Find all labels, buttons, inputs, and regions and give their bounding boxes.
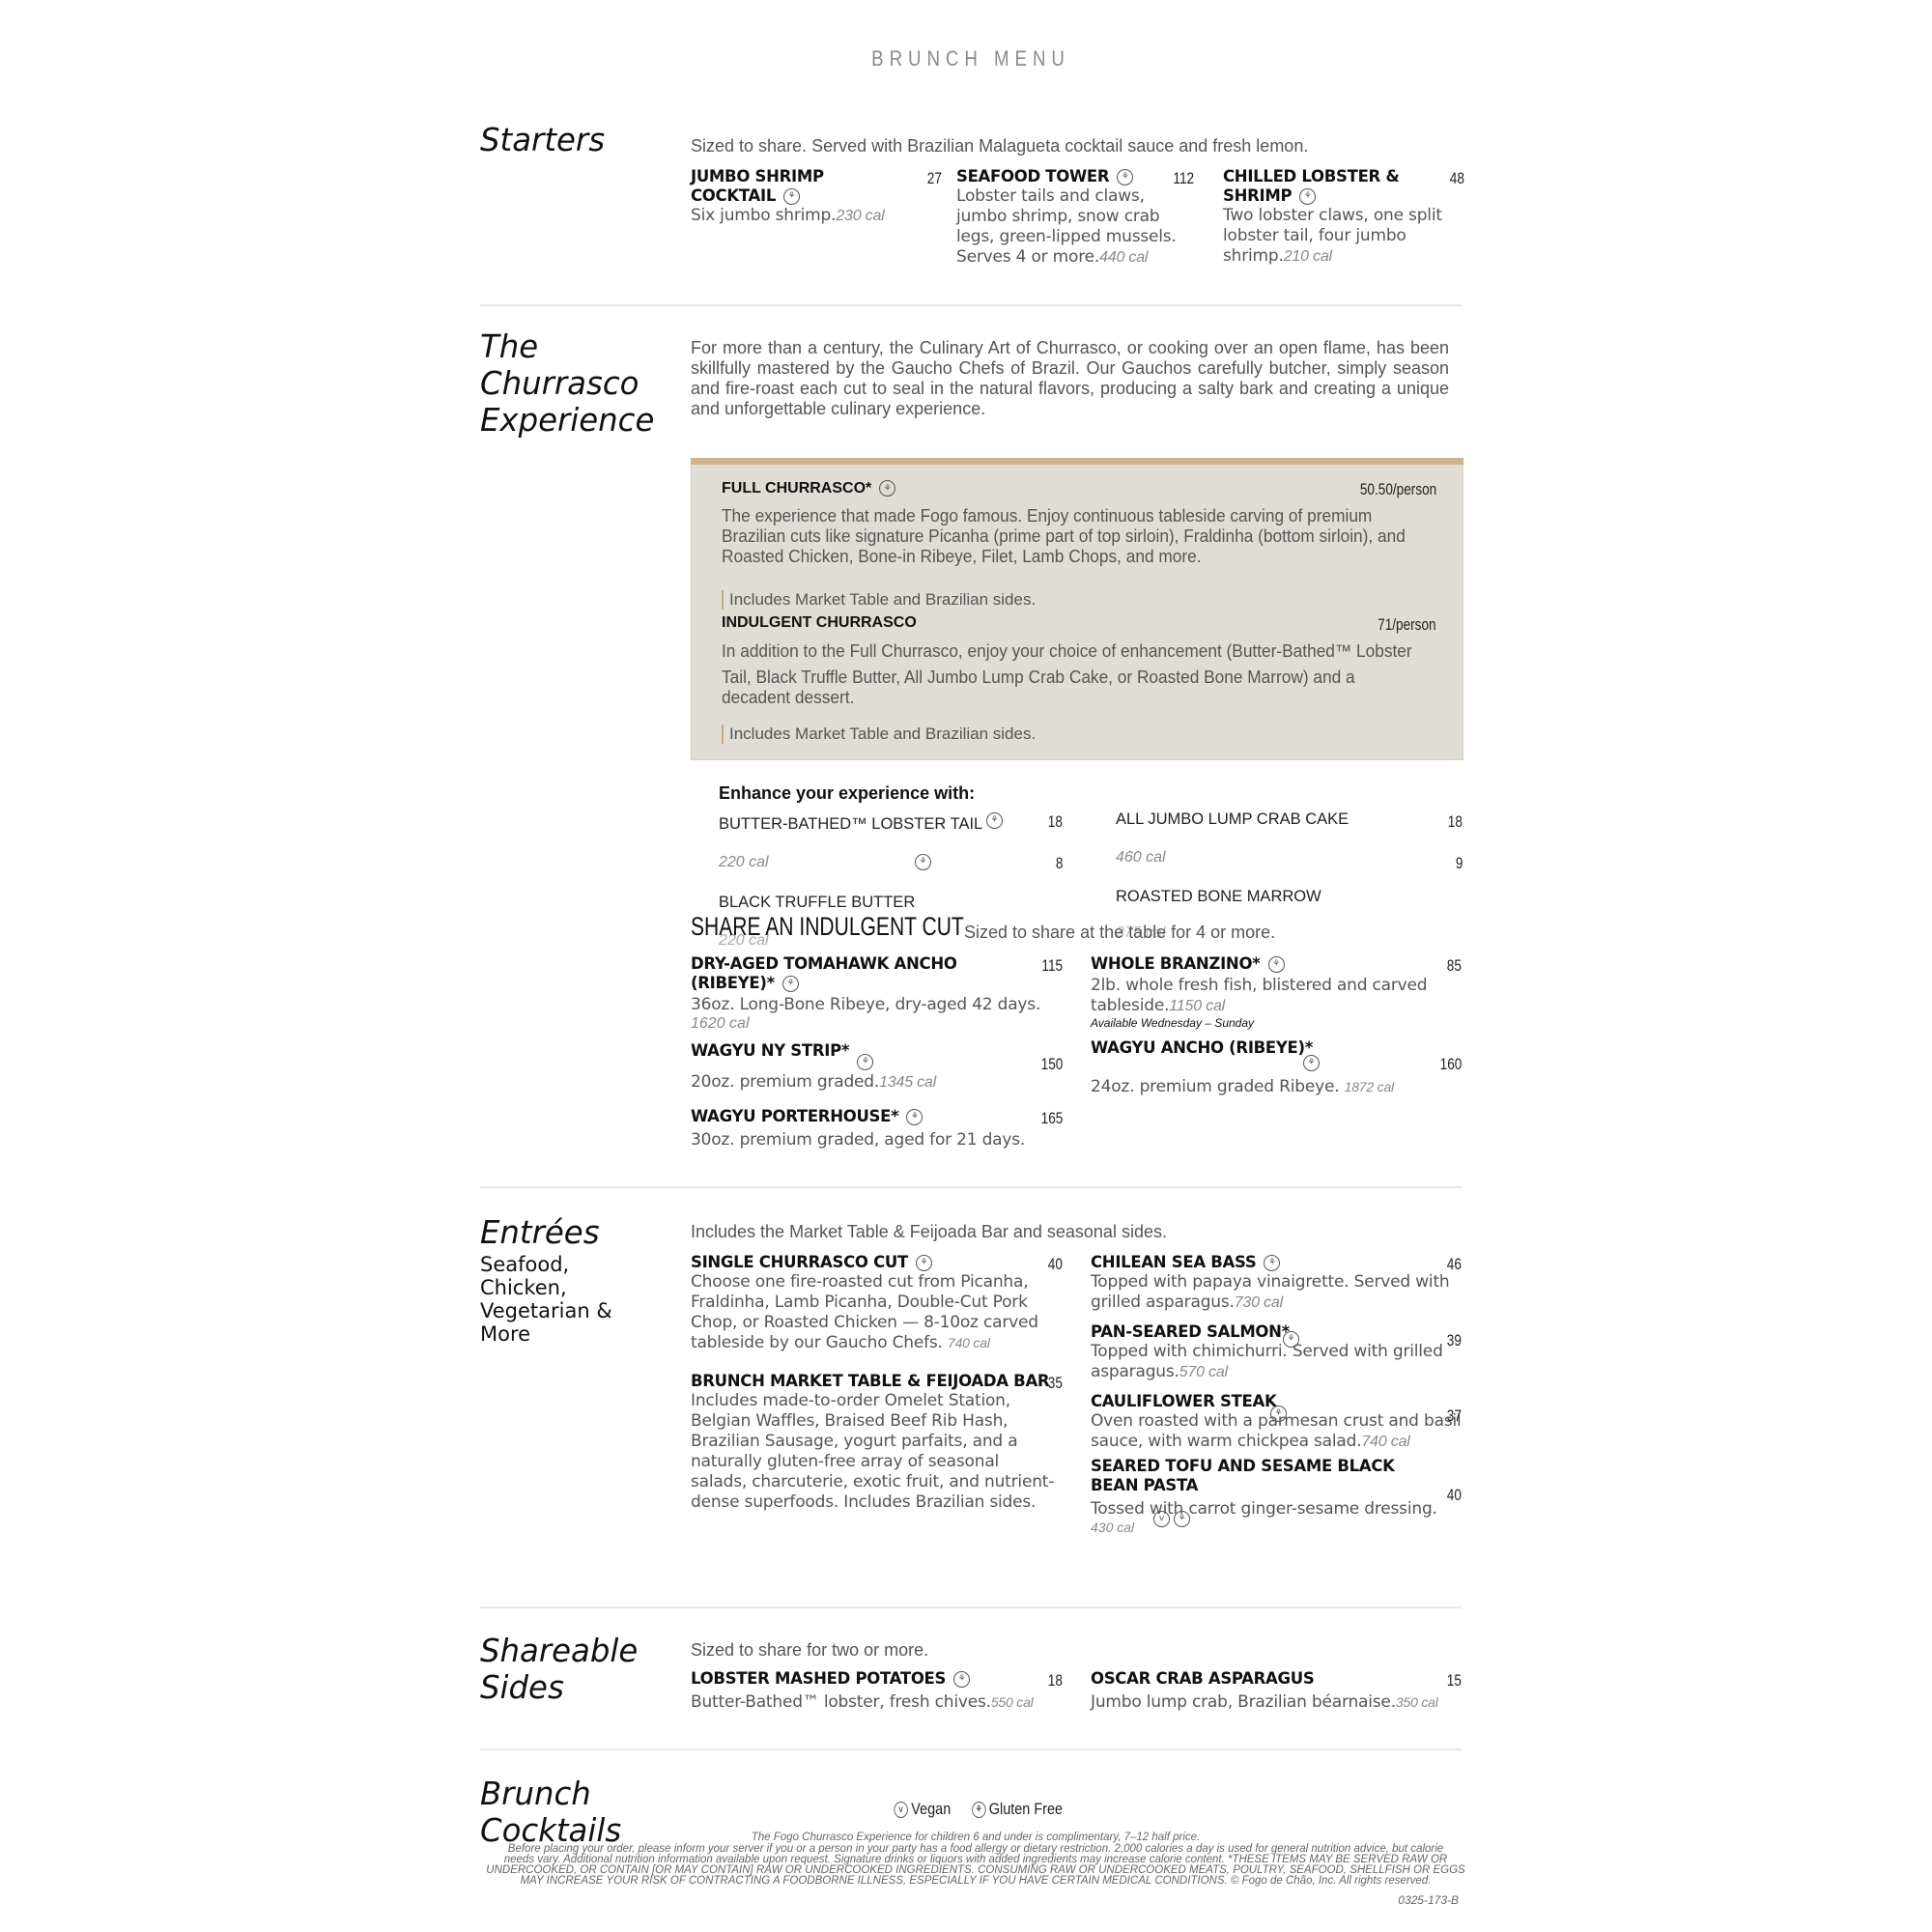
menu-item-pan-seared-salmon: PAN-SEARED SALMON* ⚘ Topped with chimich…	[1091, 1322, 1462, 1382]
menu-item-seared-tofu: SEARED TOFU AND SESAME BLACK BEAN PASTA …	[1091, 1457, 1462, 1535]
footer-children-note: The Fogo Churrasco Experience for childr…	[473, 1833, 1478, 1844]
indulgent-desc-rest: Tail, Black Truffle Butter, All Jumbo Lu…	[722, 668, 1404, 708]
item-price: 150	[1040, 1055, 1063, 1074]
menu-item-seafood-tower: SEAFOOD TOWER⚘ Lobster tails and claws, …	[956, 167, 1193, 268]
footer-disclaimer-4: MAY INCREASE YOUR RISK OF CONTRACTING A …	[473, 1876, 1478, 1888]
indulgent-churrasco-price: 71/person	[1378, 615, 1437, 635]
menu-item-oscar-crab-asparagus: OSCAR CRAB ASPARAGUS Jumbo lump crab, Br…	[1091, 1669, 1462, 1713]
vegan-icon: v	[1153, 1511, 1170, 1527]
share-heading: SHARE AN INDULGENT CUT	[691, 912, 964, 942]
gluten-free-icon: ⚘	[1117, 169, 1133, 185]
item-price: 160	[1439, 1055, 1462, 1074]
item-calories: 210 cal	[1284, 248, 1332, 265]
legend-gluten-free: Gluten Free	[989, 1800, 1063, 1818]
item-price: 27	[927, 169, 942, 188]
menu-item-wagyu-porterhouse: WAGYU PORTERHOUSE*⚘ 30oz. premium graded…	[691, 1107, 1063, 1151]
sides-intro: Sized to share for two or more.	[691, 1640, 928, 1661]
gluten-free-icon: ⚘	[915, 854, 931, 870]
enhance-item-price: 18	[1048, 812, 1063, 832]
menu-item-single-churrasco-cut: SINGLE CHURRASCO CUT⚘ Choose one fire-ro…	[691, 1253, 1063, 1353]
item-calories: 440 cal	[1099, 249, 1148, 266]
item-calories: 1150 cal	[1169, 998, 1225, 1014]
item-price: 46	[1447, 1255, 1462, 1274]
enhance-item-name: ROASTED BONE MARROW	[1116, 888, 1321, 906]
gluten-free-icon: ⚘	[953, 1671, 970, 1688]
item-price: 48	[1450, 169, 1464, 188]
entrees-intro: Includes the Market Table & Feijoada Bar…	[691, 1222, 1167, 1242]
item-name: JUMBO SHRIMP COCKTAIL	[691, 167, 824, 205]
gluten-free-icon: ⚘	[1283, 1331, 1299, 1348]
item-calories: 350 cal	[1396, 1694, 1438, 1710]
enhance-heading: Enhance your experience with:	[719, 783, 975, 804]
item-desc: Two lobster claws, one split lobster tai…	[1223, 206, 1442, 266]
gluten-free-icon: ⚘	[906, 1109, 923, 1125]
gluten-free-icon: ⚘	[783, 188, 800, 205]
item-calories: 1620 cal	[691, 1015, 1063, 1033]
item-price: 15	[1447, 1671, 1462, 1690]
item-price: 165	[1040, 1109, 1063, 1128]
full-churrasco-includes: Includes Market Table and Brazilian side…	[722, 590, 1036, 610]
gluten-free-icon: ⚘	[1303, 1055, 1320, 1071]
menu-item-whole-branzino: WHOLE BRANZINO*⚘ 2lb. whole fresh fish, …	[1091, 954, 1462, 1030]
section-divider	[480, 1186, 1462, 1188]
starters-intro: Sized to share. Served with Brazilian Ma…	[691, 136, 1308, 156]
gluten-free-icon: ⚘	[986, 812, 1003, 829]
item-desc: Six jumbo shrimp.	[691, 206, 836, 225]
gluten-free-icon: ⚘	[1174, 1511, 1190, 1527]
gluten-free-icon: ⚘	[782, 976, 799, 992]
enhance-item-price: 8	[1055, 854, 1063, 873]
full-churrasco-name: FULL CHURRASCO*⚘	[722, 480, 895, 497]
gluten-free-icon: ⚘	[1299, 188, 1316, 205]
menu-item-cauliflower-steak: CAULIFLOWER STEAK ⚘ Oven roasted with a …	[1091, 1392, 1462, 1452]
item-calories: 730 cal	[1235, 1294, 1283, 1311]
enhance-item-name: ALL JUMBO LUMP CRAB CAKE	[1116, 810, 1349, 829]
enhance-item-price: 18	[1448, 812, 1463, 832]
menu-item-brunch-market-table: BRUNCH MARKET TABLE & FEIJOADA BAR Inclu…	[691, 1372, 1063, 1513]
entrees-subheading: Seafood, Chicken, Vegetarian & More	[480, 1253, 612, 1346]
accent-bar	[691, 458, 1463, 465]
section-heading-sides: Shareable Sides	[480, 1633, 638, 1706]
full-churrasco-price: 50.50/person	[1360, 480, 1436, 499]
enhance-item-name: BUTTER-BATHED™ LOBSTER TAIL	[719, 815, 982, 834]
section-heading-churrasco: The Churrasco Experience	[480, 328, 654, 439]
section-divider	[480, 304, 1462, 306]
churrasco-intro: For more than a century, the Culinary Ar…	[691, 338, 1449, 419]
item-price: 40	[1447, 1486, 1462, 1505]
gluten-free-icon: ⚘	[1264, 1255, 1280, 1271]
gluten-free-icon: ⚘	[916, 1255, 932, 1271]
full-churrasco-desc: The experience that made Fogo famous. En…	[722, 506, 1427, 567]
document-code: 0325-173-B	[1362, 1893, 1459, 1907]
legend: vVegan ⚘Gluten Free	[894, 1800, 1063, 1819]
availability-note: Available Wednesday – Sunday	[1091, 1016, 1462, 1030]
item-price: 112	[1173, 169, 1194, 188]
gluten-free-icon: ⚘	[879, 480, 895, 497]
item-price: 35	[1048, 1374, 1063, 1393]
vegan-icon: v	[894, 1802, 907, 1818]
gluten-free-icon: ⚘	[972, 1802, 985, 1818]
enhance-item-calories: 220 cal	[719, 854, 769, 871]
item-price: 18	[1048, 1671, 1063, 1690]
menu-item-jumbo-shrimp: JUMBO SHRIMP COCKTAIL⚘ Six jumbo shrimp.…	[691, 167, 932, 226]
item-calories: 740 cal	[1361, 1434, 1409, 1450]
item-price: 85	[1447, 956, 1462, 976]
menu-item-tomahawk: DRY-AGED TOMAHAWK ANCHO (RIBEYE)*⚘ 36oz.…	[691, 954, 1063, 1033]
indulgent-desc-line1: In addition to the Full Churrasco, enjoy…	[722, 641, 1412, 662]
item-price: 115	[1041, 956, 1063, 976]
enhance-item-calories: 460 cal	[1116, 849, 1166, 867]
item-calories: 550 cal	[991, 1694, 1034, 1710]
indulgent-includes: Includes Market Table and Brazilian side…	[722, 724, 1036, 744]
item-price: 39	[1447, 1331, 1462, 1350]
item-calories: 1345 cal	[879, 1074, 936, 1091]
item-calories: 430 cal	[1091, 1520, 1462, 1535]
item-calories: 230 cal	[836, 208, 884, 224]
section-divider	[480, 1748, 1462, 1750]
gluten-free-icon: ⚘	[1270, 1406, 1287, 1422]
share-intro: Sized to share at the table for 4 or mor…	[964, 923, 1275, 943]
menu-item-wagyu-ny-strip: WAGYU NY STRIP*⚘ 20oz. premium graded.13…	[691, 1041, 1063, 1093]
menu-item-chilled-lobster: CHILLED LOBSTER & SHRIMP⚘ Two lobster cl…	[1223, 167, 1464, 267]
enhance-item-name: BLACK TRUFFLE BUTTER	[719, 894, 915, 912]
enhance-item-price: 9	[1455, 854, 1463, 873]
section-divider	[480, 1606, 1462, 1608]
legend-vegan: Vegan	[911, 1800, 951, 1818]
indulgent-churrasco-name: INDULGENT CHURRASCO	[722, 614, 917, 632]
item-calories: 1872 cal	[1345, 1079, 1394, 1094]
gluten-free-icon: ⚘	[857, 1054, 873, 1070]
item-price: 37	[1447, 1406, 1462, 1426]
section-heading-entrees: Entrées	[480, 1214, 600, 1251]
section-heading-starters: Starters	[480, 122, 605, 158]
item-calories: 570 cal	[1179, 1364, 1228, 1380]
item-calories: 740 cal	[948, 1335, 990, 1350]
gluten-free-icon: ⚘	[1268, 956, 1285, 973]
item-price: 40	[1048, 1255, 1063, 1274]
item-name: SEAFOOD TOWER	[956, 167, 1109, 185]
menu-item-lobster-mashed-potatoes: LOBSTER MASHED POTATOES⚘ Butter-Bathed™ …	[691, 1669, 1063, 1713]
menu-title: BRUNCH MENU	[146, 46, 1797, 71]
menu-item-wagyu-ancho: WAGYU ANCHO (RIBEYE)* ⚘ 24oz. premium gr…	[1091, 1038, 1462, 1097]
menu-item-chilean-sea-bass: CHILEAN SEA BASS⚘ Topped with papaya vin…	[1091, 1253, 1462, 1313]
